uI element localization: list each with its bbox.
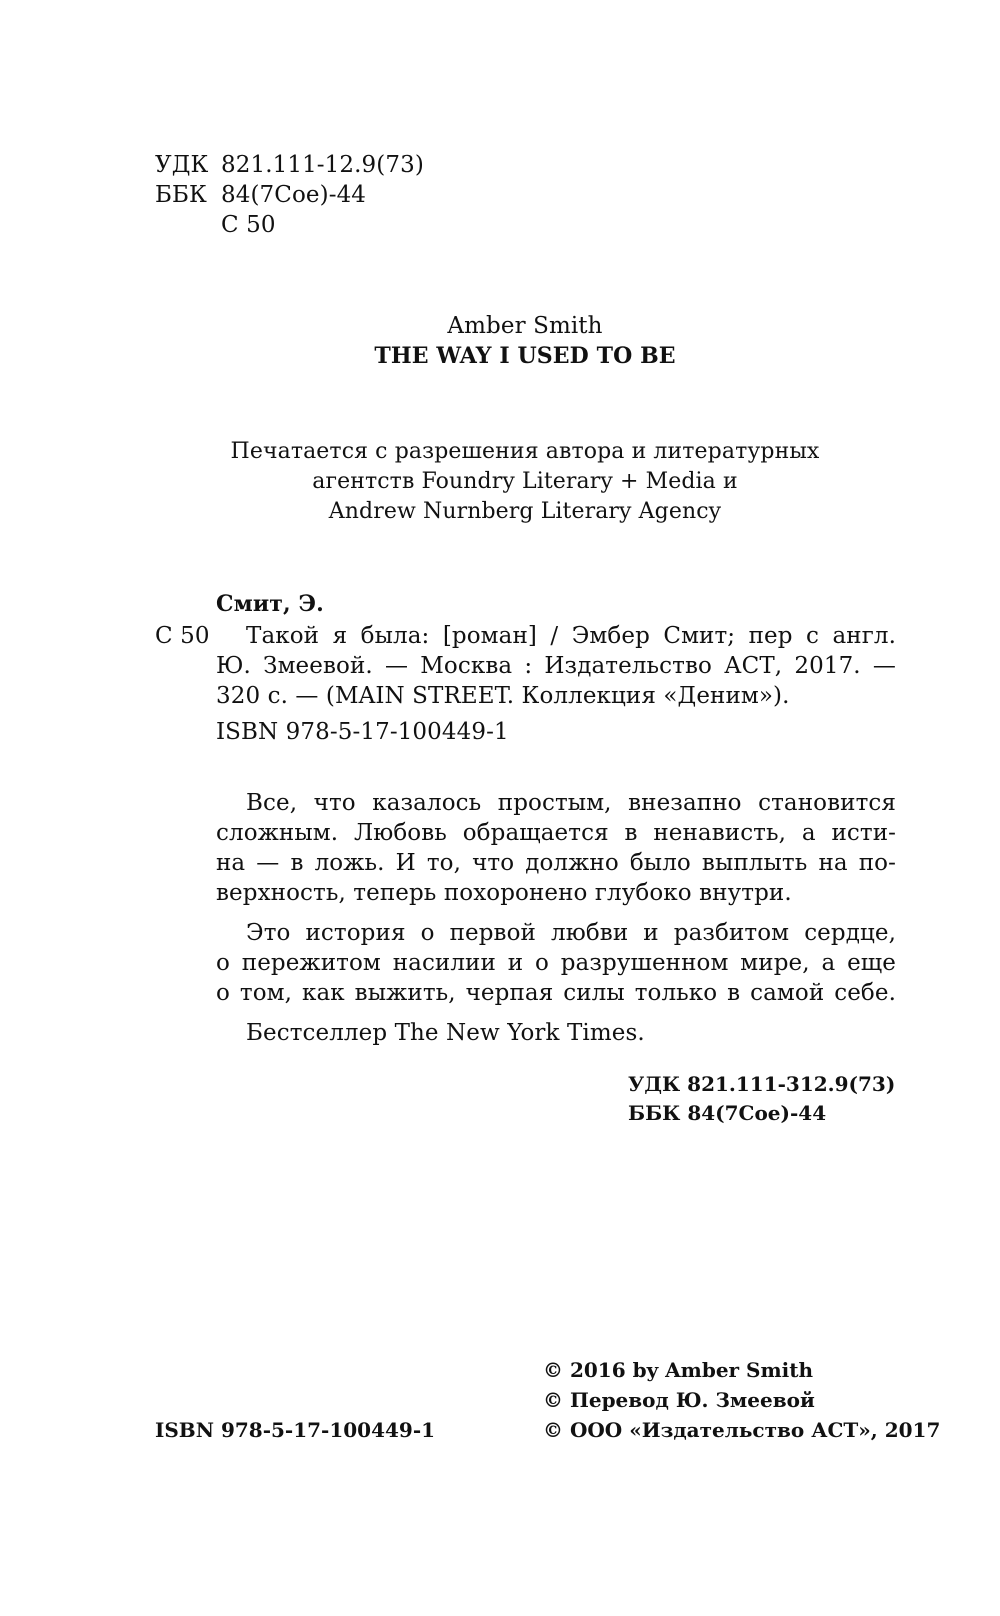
catalog-isbn: ISBN 978-5-17-100449-1	[216, 717, 896, 747]
annotation: Все, что казалось простым, внезапно стан…	[216, 788, 896, 1048]
bottom-udk: УДК 821.111-312.9(73)	[628, 1070, 895, 1099]
annotation-line: сложным. Любовь обращается в ненависть, …	[216, 818, 896, 848]
udk-label: УДК	[155, 150, 221, 180]
original-title: THE WAY I USED TO BE	[0, 341, 1000, 371]
bbk-value: 84(7Сое)-44	[221, 182, 366, 208]
annotation-line: на — в ложь. И то, что должно было выплы…	[216, 848, 896, 878]
catalog-description: Такой я была: [роман] / Эмбер Смит; пер …	[216, 621, 896, 747]
copyright-block: © 2016 by Amber Smith © Перевод Ю. Змеев…	[543, 1355, 940, 1445]
copyright-line: © Перевод Ю. Змеевой	[543, 1385, 940, 1415]
author-sign-row: С 50	[155, 210, 424, 240]
top-classification: УДК821.111-12.9(73) ББК84(7Сое)-44 С 50	[155, 150, 424, 240]
annotation-line: о том, как выжить, черпая силы только в …	[216, 978, 896, 1008]
annotation-line: Это история о первой любви и разбитом се…	[216, 918, 896, 948]
annotation-line: верхность, теперь похоронено глубоко вну…	[216, 878, 896, 908]
annotation-paragraph-1: Все, что казалось простым, внезапно стан…	[216, 788, 896, 908]
catalog-line: 320 с. — (MAIN STREET. Коллекция «Деним»…	[216, 681, 896, 711]
bottom-bbk: ББК 84(7Сое)-44	[628, 1099, 895, 1128]
copyright-line: © ООО «Издательство АСТ», 2017	[543, 1415, 940, 1445]
permission-note: Печатается с разрешения автора и литерат…	[0, 437, 1000, 527]
annotation-paragraph-2: Это история о первой любви и разбитом се…	[216, 918, 896, 1008]
original-author: Amber Smith	[0, 311, 1000, 341]
catalog-sign: С 50	[155, 621, 210, 651]
bottom-classification: УДК 821.111-312.9(73) ББК 84(7Сое)-44	[628, 1070, 895, 1128]
annotation-line: о пережитом насилии и о разрушенном мире…	[216, 948, 896, 978]
author-sign: С 50	[221, 212, 276, 238]
udk-row: УДК821.111-12.9(73)	[155, 150, 424, 180]
catalog-line: Ю. Змеевой. — Москва : Издательство АСТ,…	[216, 651, 896, 681]
permission-line: Andrew Nurnberg Literary Agency	[0, 497, 1000, 527]
annotation-line: Бестселлер The New York Times.	[216, 1018, 896, 1048]
annotation-line: Все, что казалось простым, внезапно стан…	[216, 788, 896, 818]
udk-value: 821.111-12.9(73)	[221, 152, 424, 178]
bbk-row: ББК84(7Сое)-44	[155, 180, 424, 210]
copyright-line: © 2016 by Amber Smith	[543, 1355, 940, 1385]
catalog-heading: Смит, Э.	[216, 589, 324, 619]
permission-line: Печатается с разрешения автора и литерат…	[0, 437, 1000, 467]
permission-line: агентств Foundry Literary + Media и	[0, 467, 1000, 497]
annotation-paragraph-3: Бестселлер The New York Times.	[216, 1018, 896, 1048]
catalog-line: Такой я была: [роман] / Эмбер Смит; пер …	[216, 621, 896, 651]
footer-isbn: ISBN 978-5-17-100449-1	[155, 1415, 435, 1445]
bbk-label: ББК	[155, 180, 221, 210]
